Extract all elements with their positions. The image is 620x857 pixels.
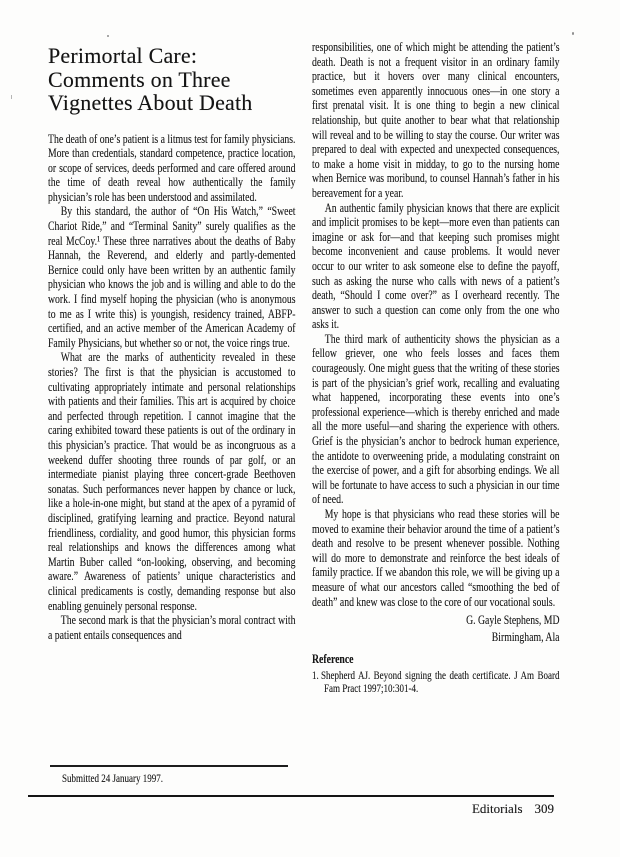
body-paragraph: What are the marks of authenticity revea…: [48, 350, 296, 613]
left-column-body: The death of one’s patient is a litmus t…: [48, 132, 296, 643]
body-paragraph: By this standard, the author of “On His …: [48, 204, 296, 350]
article-title: Perimortal Care: Comments on Three Vigne…: [48, 44, 298, 115]
author-signature: G. Gayle Stephens, MD Birmingham, Ala: [312, 612, 560, 645]
scan-speck: [107, 35, 109, 37]
running-footer: Editorials 309: [28, 802, 554, 816]
reference-item: 1.Shepherd AJ. Beyond signing the death …: [312, 669, 560, 696]
body-paragraph: The second mark is that the physician’s …: [48, 613, 296, 642]
author-location: Birmingham, Ala: [312, 629, 560, 646]
scanned-journal-page: Perimortal Care: Comments on Three Vigne…: [0, 0, 620, 857]
article-title-line: Vignettes About Death: [48, 91, 298, 115]
body-paragraph: The death of one’s patient is a litmus t…: [48, 132, 296, 205]
reference-text: Shepherd AJ. Beyond signing the death ce…: [321, 668, 560, 696]
right-column-body: responsibilities, one of which might be …: [312, 40, 560, 696]
footer-page-number: 309: [535, 802, 555, 816]
scan-speck: [572, 32, 574, 35]
footer-rule: [28, 795, 554, 797]
footer-section-label: Editorials: [472, 802, 523, 816]
footnote-body: Submitted 24 January 1997.: [50, 772, 288, 785]
article-title-line: Perimortal Care:: [48, 44, 298, 68]
right-column: responsibilities, one of which might be …: [312, 40, 559, 696]
reference-heading: Reference: [312, 652, 560, 667]
footnote-block: Submitted 24 January 1997.: [50, 765, 288, 785]
body-paragraph: responsibilities, one of which might be …: [312, 40, 560, 201]
article-title-line: Comments on Three: [48, 68, 298, 92]
author-name: G. Gayle Stephens, MD: [312, 612, 560, 629]
submitted-note: Submitted 24 January 1997.: [50, 772, 288, 785]
body-paragraph: An authentic family physician knows that…: [312, 201, 560, 332]
body-paragraph: My hope is that physicians who read thes…: [312, 507, 560, 609]
scan-speck: [11, 95, 12, 99]
page-footer: Editorials 309: [28, 795, 554, 816]
footnote-rule: [50, 765, 288, 767]
body-paragraph: The third mark of authenticity shows the…: [312, 332, 560, 507]
reference-number: 1.: [312, 668, 321, 682]
left-column: Perimortal Care: Comments on Three Vigne…: [48, 44, 298, 642]
